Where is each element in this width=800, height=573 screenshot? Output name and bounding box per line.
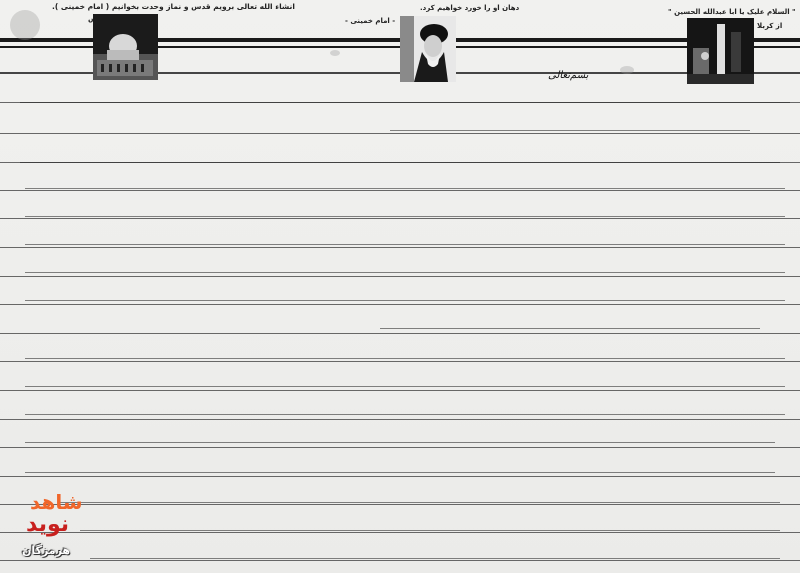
header-center-quote: دهان او را خورد خواهیم کرد. <box>420 4 519 12</box>
ruled-line <box>0 361 800 362</box>
ruled-line <box>0 276 800 277</box>
letter-date-line: بسم‌تعالی <box>548 70 588 81</box>
scan-noise <box>330 50 340 56</box>
ruled-line <box>0 190 800 191</box>
ruled-line <box>0 133 800 134</box>
handwriting-line <box>20 152 780 163</box>
ruled-line <box>0 532 800 533</box>
ruled-line <box>0 419 800 420</box>
ruled-line <box>0 560 800 561</box>
handwriting-line <box>25 206 785 217</box>
ruled-line <box>0 476 800 477</box>
handwriting-line <box>25 432 775 443</box>
ruled-line <box>0 447 800 448</box>
dome-icon <box>93 14 158 80</box>
handwriting-line <box>25 178 785 189</box>
watermark-line2: نوید <box>26 512 69 537</box>
ruled-line <box>0 333 800 334</box>
handwriting-line <box>25 290 785 301</box>
scanned-letter: انشاء الله تعالی برویم قدس و نماز وحدت ب… <box>0 0 800 573</box>
karbala-shrine-photo <box>687 18 754 84</box>
dome-of-rock-photo <box>93 14 158 80</box>
handwriting-line <box>25 348 785 359</box>
header-right-photo-caption: از کربلا <box>757 22 782 30</box>
shahed-hormozgan-watermark: شاهد نوید هرمزگان <box>22 490 82 573</box>
handwriting-line <box>60 492 780 503</box>
imam-portrait-photo <box>400 16 456 82</box>
header-center-attribution: - امام خمینی - <box>345 17 395 25</box>
header-left-quote: انشاء الله تعالی برویم قدس و نماز وحدت ب… <box>52 2 295 11</box>
ruled-line <box>0 390 800 391</box>
scan-noise <box>620 66 634 74</box>
handwriting-line <box>25 462 775 473</box>
ruled-line <box>0 304 800 305</box>
handwriting-line <box>20 92 790 103</box>
header-right-quote: " السلام علیک یا ابا عبدالله الحسین " <box>668 8 796 16</box>
handwriting-line <box>90 548 780 559</box>
ruled-line <box>0 504 800 505</box>
ruled-line <box>0 247 800 248</box>
handwriting-line <box>390 120 750 131</box>
handwriting-line <box>25 404 785 415</box>
handwriting-line <box>80 520 780 531</box>
handwriting-line <box>380 318 760 329</box>
handwriting-line <box>25 234 785 245</box>
portrait-icon <box>400 16 456 82</box>
scan-noise <box>10 10 40 40</box>
watermark-line3: هرمزگان <box>22 544 70 557</box>
ruled-line <box>0 218 800 219</box>
handwriting-line <box>25 262 785 273</box>
handwriting-line <box>25 376 785 387</box>
shrine-icon <box>687 18 754 84</box>
watermark-line1: شاهد <box>30 490 83 514</box>
